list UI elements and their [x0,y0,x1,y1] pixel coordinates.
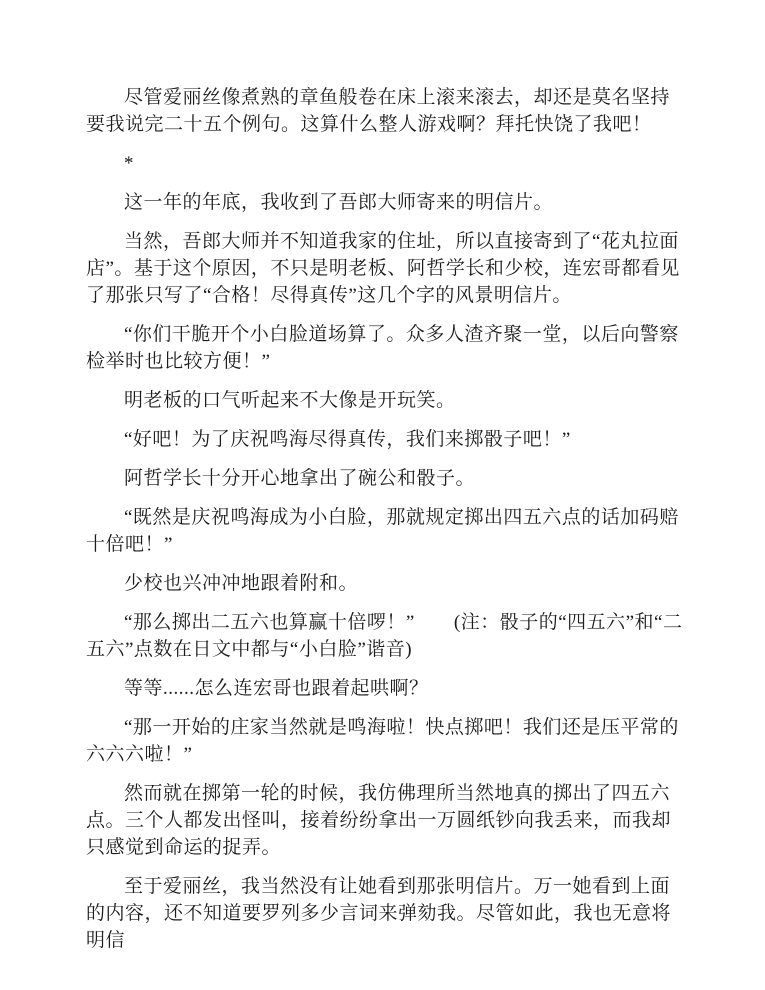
paragraph: 少校也兴冲冲地跟着附和。 [86,570,684,597]
paragraph: “那么掷出二五六也算赢十倍啰！” (注：骰子的“四五六”和“二五六”点数在日文中… [86,609,684,663]
document-page: 尽管爱丽丝像煮熟的章鱼般卷在床上滚来滚去，却还是莫名坚持要我说完二十五个例句。这… [0,0,765,990]
paragraph: “既然是庆祝鸣海成为小白脸，那就规定掷出四五六点的话加码赔十倍吧！” [86,504,684,558]
paragraph: 然而就在掷第一轮的时候，我仿佛理所当然地真的掷出了四五六点。三个人都发出怪叫，接… [86,780,684,861]
paragraph: 至于爱丽丝，我当然没有让她看到那张明信片。万一她看到上面的内容，还不知道要罗列多… [86,873,684,954]
paragraph: “那一开始的庄家当然就是鸣海啦！快点掷吧！我们还是压平常的六六六啦！” [86,714,684,768]
paragraph: 这一年的年底，我收到了吾郎大师寄来的明信片。 [86,189,684,216]
paragraph: 尽管爱丽丝像煮熟的章鱼般卷在床上滚来滚去，却还是莫名坚持要我说完二十五个例句。这… [86,84,684,138]
paragraph: 阿哲学长十分开心地拿出了碗公和骰子。 [86,465,684,492]
paragraph: 等等......怎么连宏哥也跟着起哄啊？ [86,675,684,702]
text-content: 尽管爱丽丝像煮熟的章鱼般卷在床上滚来滚去，却还是莫名坚持要我说完二十五个例句。这… [86,84,684,966]
paragraph: “你们干脆开个小白脸道场算了。众多人渣齐聚一堂，以后向警察检举时也比较方便！” [86,321,684,375]
paragraph: 当然，吾郎大师并不知道我家的住址，所以直接寄到了“花丸拉面店”。基于这个原因，不… [86,228,684,309]
paragraph: 明老板的口气听起来不大像是开玩笑。 [86,387,684,414]
paragraph: “好吧！为了庆祝鸣海尽得真传，我们来掷骰子吧！” [86,426,684,453]
section-separator-star: * [86,150,684,177]
